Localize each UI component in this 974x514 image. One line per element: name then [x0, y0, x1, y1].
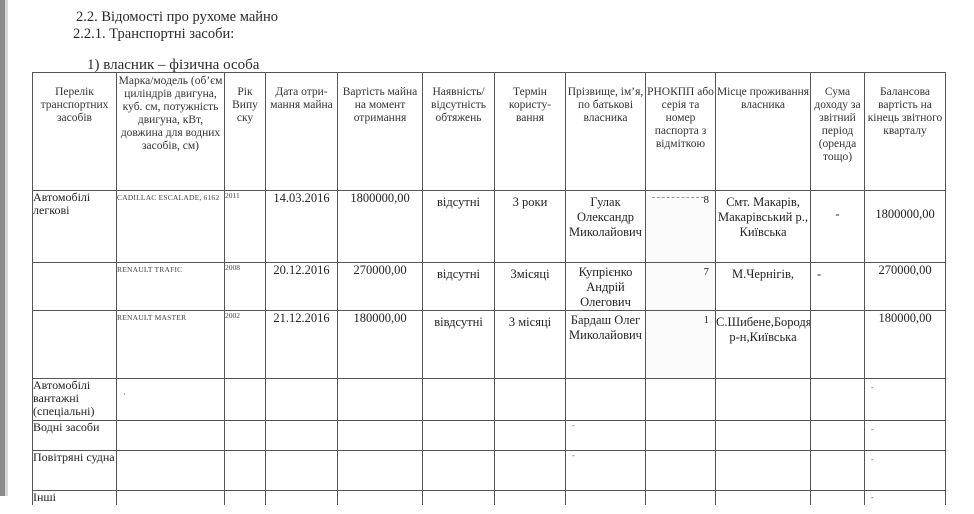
header-income: Сума доходу за звітний період (оренда то…	[811, 73, 865, 191]
cell-value	[338, 421, 423, 451]
cell-year: 2008	[225, 263, 266, 311]
cell-balance-value: 180000,00	[865, 311, 946, 379]
cell-date: 20.12.2016	[266, 263, 338, 311]
header-tax-id: РНОКПП або серія та номер паспорта з від…	[646, 73, 716, 191]
cell-value	[338, 491, 423, 505]
cell-category: Повітряні судна	[33, 451, 117, 491]
cell-encumbrance: вівдсутні	[423, 311, 495, 379]
table-header-row: Перелік транспортних засобів Марка/модел…	[33, 73, 946, 191]
table-row: Автомобілі легкові CADILLAC ESCALADE, 61…	[33, 191, 946, 263]
subsection-title: 2.2.1. Транспортні засоби:	[73, 26, 234, 43]
cell-year: 2011	[225, 191, 266, 263]
cell-balance-value: -	[865, 379, 946, 421]
table-row: Повітряні судна - -	[33, 451, 946, 491]
page-edge-shadow	[5, 0, 8, 496]
cell-tax-id	[646, 491, 716, 505]
cell-date	[266, 451, 338, 491]
cell-encumbrance	[423, 379, 495, 421]
cell-term: 3 роки	[495, 191, 566, 263]
cell-encumbrance	[423, 421, 495, 451]
cell-tax-id	[646, 451, 716, 491]
cell-income: -	[811, 263, 865, 311]
cell-balance-value: -	[865, 491, 946, 505]
cell-encumbrance: відсутні	[423, 263, 495, 311]
cell-year	[225, 421, 266, 451]
cell-tax-id-redacted: 1	[646, 311, 716, 379]
cell-category: Автомобілі вантажні (спеціальні)	[33, 379, 117, 421]
cell-balance-value: 1800000,00	[865, 191, 946, 263]
cell-encumbrance: відсутні	[423, 191, 495, 263]
cell-encumbrance	[423, 451, 495, 491]
cell-encumbrance	[423, 491, 495, 505]
cell-date	[266, 379, 338, 421]
header-date-received: Дата отри-мання майна	[266, 73, 338, 191]
cell-category	[33, 263, 117, 311]
table-row: Водні засоби - -	[33, 421, 946, 451]
redaction-mark	[652, 197, 704, 201]
header-owner-name: Прізвище, ім’я, по батькові власника	[566, 73, 646, 191]
cell-year	[225, 491, 266, 505]
cell-balance-value: 270000,00	[865, 263, 946, 311]
cell-income	[811, 491, 865, 505]
cell-owner	[566, 491, 646, 505]
cell-residence	[716, 491, 811, 505]
section-title: 2.2. Відомості про рухоме майно	[76, 9, 278, 26]
cell-income	[811, 311, 865, 379]
cell-income	[811, 421, 865, 451]
cell-owner: Гулак Олександр Миколайович	[566, 191, 646, 263]
cell-model: RENAULT MASTER	[117, 311, 225, 379]
cell-model	[117, 421, 225, 451]
header-vehicle-list: Перелік транспортних засобів	[33, 73, 117, 191]
cell-residence: М.Чернігів,	[716, 263, 811, 311]
cell-residence	[716, 379, 811, 421]
header-make-model: Марка/модель (об’єм циліндрів двигуна, к…	[117, 73, 225, 191]
header-value-at-receipt: Вартість майна на момент отримання	[338, 73, 423, 191]
table-row: Автомобілі вантажні (спеціальні) · -	[33, 379, 946, 421]
tax-id-visible-digit: 7	[704, 263, 716, 280]
cell-date: 14.03.2016	[266, 191, 338, 263]
cell-residence: Смт. Макарів, Макарівський р., Київська	[716, 191, 811, 263]
table-row: Інші -	[33, 491, 946, 505]
cell-residence	[716, 421, 811, 451]
cell-date	[266, 491, 338, 505]
cell-owner: -	[566, 421, 646, 451]
cell-term	[495, 379, 566, 421]
cell-income: -	[811, 191, 865, 263]
cell-balance-value: -	[865, 451, 946, 491]
cell-value: 1800000,00	[338, 191, 423, 263]
header-encumbrance: Наявність/ відсутність обтяжень	[423, 73, 495, 191]
cell-term	[495, 451, 566, 491]
cell-category: Автомобілі легкові	[33, 191, 117, 263]
cell-term: 3 місяці	[495, 311, 566, 379]
cell-term	[495, 491, 566, 505]
table-row: RENAULT MASTER 2002 21.12.2016 180000,00…	[33, 311, 946, 379]
cell-year: 2002	[225, 311, 266, 379]
cell-value: 180000,00	[338, 311, 423, 379]
cell-income	[811, 379, 865, 421]
cell-owner: Бардаш Олег Миколайович	[566, 311, 646, 379]
cell-year	[225, 451, 266, 491]
cell-model	[117, 451, 225, 491]
tax-id-visible-digit: 8	[704, 191, 716, 208]
cell-model: CADILLAC ESCALADE, 6162	[117, 191, 225, 263]
cell-tax-id-redacted: 8	[646, 191, 716, 263]
cell-model	[117, 491, 225, 505]
cell-owner: Купрієнко Андрій Олегович	[566, 263, 646, 311]
cell-term	[495, 421, 566, 451]
cell-model: ·	[117, 379, 225, 421]
cell-year	[225, 379, 266, 421]
cell-owner: -	[566, 451, 646, 491]
cell-income	[811, 451, 865, 491]
cell-owner	[566, 379, 646, 421]
cell-model: RENAULT TRAFIC	[117, 263, 225, 311]
cell-value	[338, 451, 423, 491]
tax-id-visible-digit: 1	[704, 311, 716, 328]
header-year: Рік Випу ску	[225, 73, 266, 191]
table-row: RENAULT TRAFIC 2008 20.12.2016 270000,00…	[33, 263, 946, 311]
cell-date: 21.12.2016	[266, 311, 338, 379]
cell-term: 3місяці	[495, 263, 566, 311]
header-residence: Місце проживання власника	[716, 73, 811, 191]
cell-value: 270000,00	[338, 263, 423, 311]
movable-property-table: Перелік транспортних засобів Марка/модел…	[32, 72, 946, 505]
cell-balance-value: -	[865, 421, 946, 451]
cell-value	[338, 379, 423, 421]
header-balance-value: Балансова вартість на кінець звітного кв…	[865, 73, 946, 191]
cell-date	[266, 421, 338, 451]
cell-residence: С.Шибене,Бородянський р-н,Київська	[716, 311, 811, 379]
cell-category: Водні засоби	[33, 421, 117, 451]
header-term-of-use: Термін користу-вання	[495, 73, 566, 191]
cell-tax-id	[646, 379, 716, 421]
cell-category	[33, 311, 117, 379]
cell-tax-id-redacted: 7	[646, 263, 716, 311]
cell-category: Інші	[33, 491, 117, 505]
cell-tax-id	[646, 421, 716, 451]
cell-residence	[716, 451, 811, 491]
